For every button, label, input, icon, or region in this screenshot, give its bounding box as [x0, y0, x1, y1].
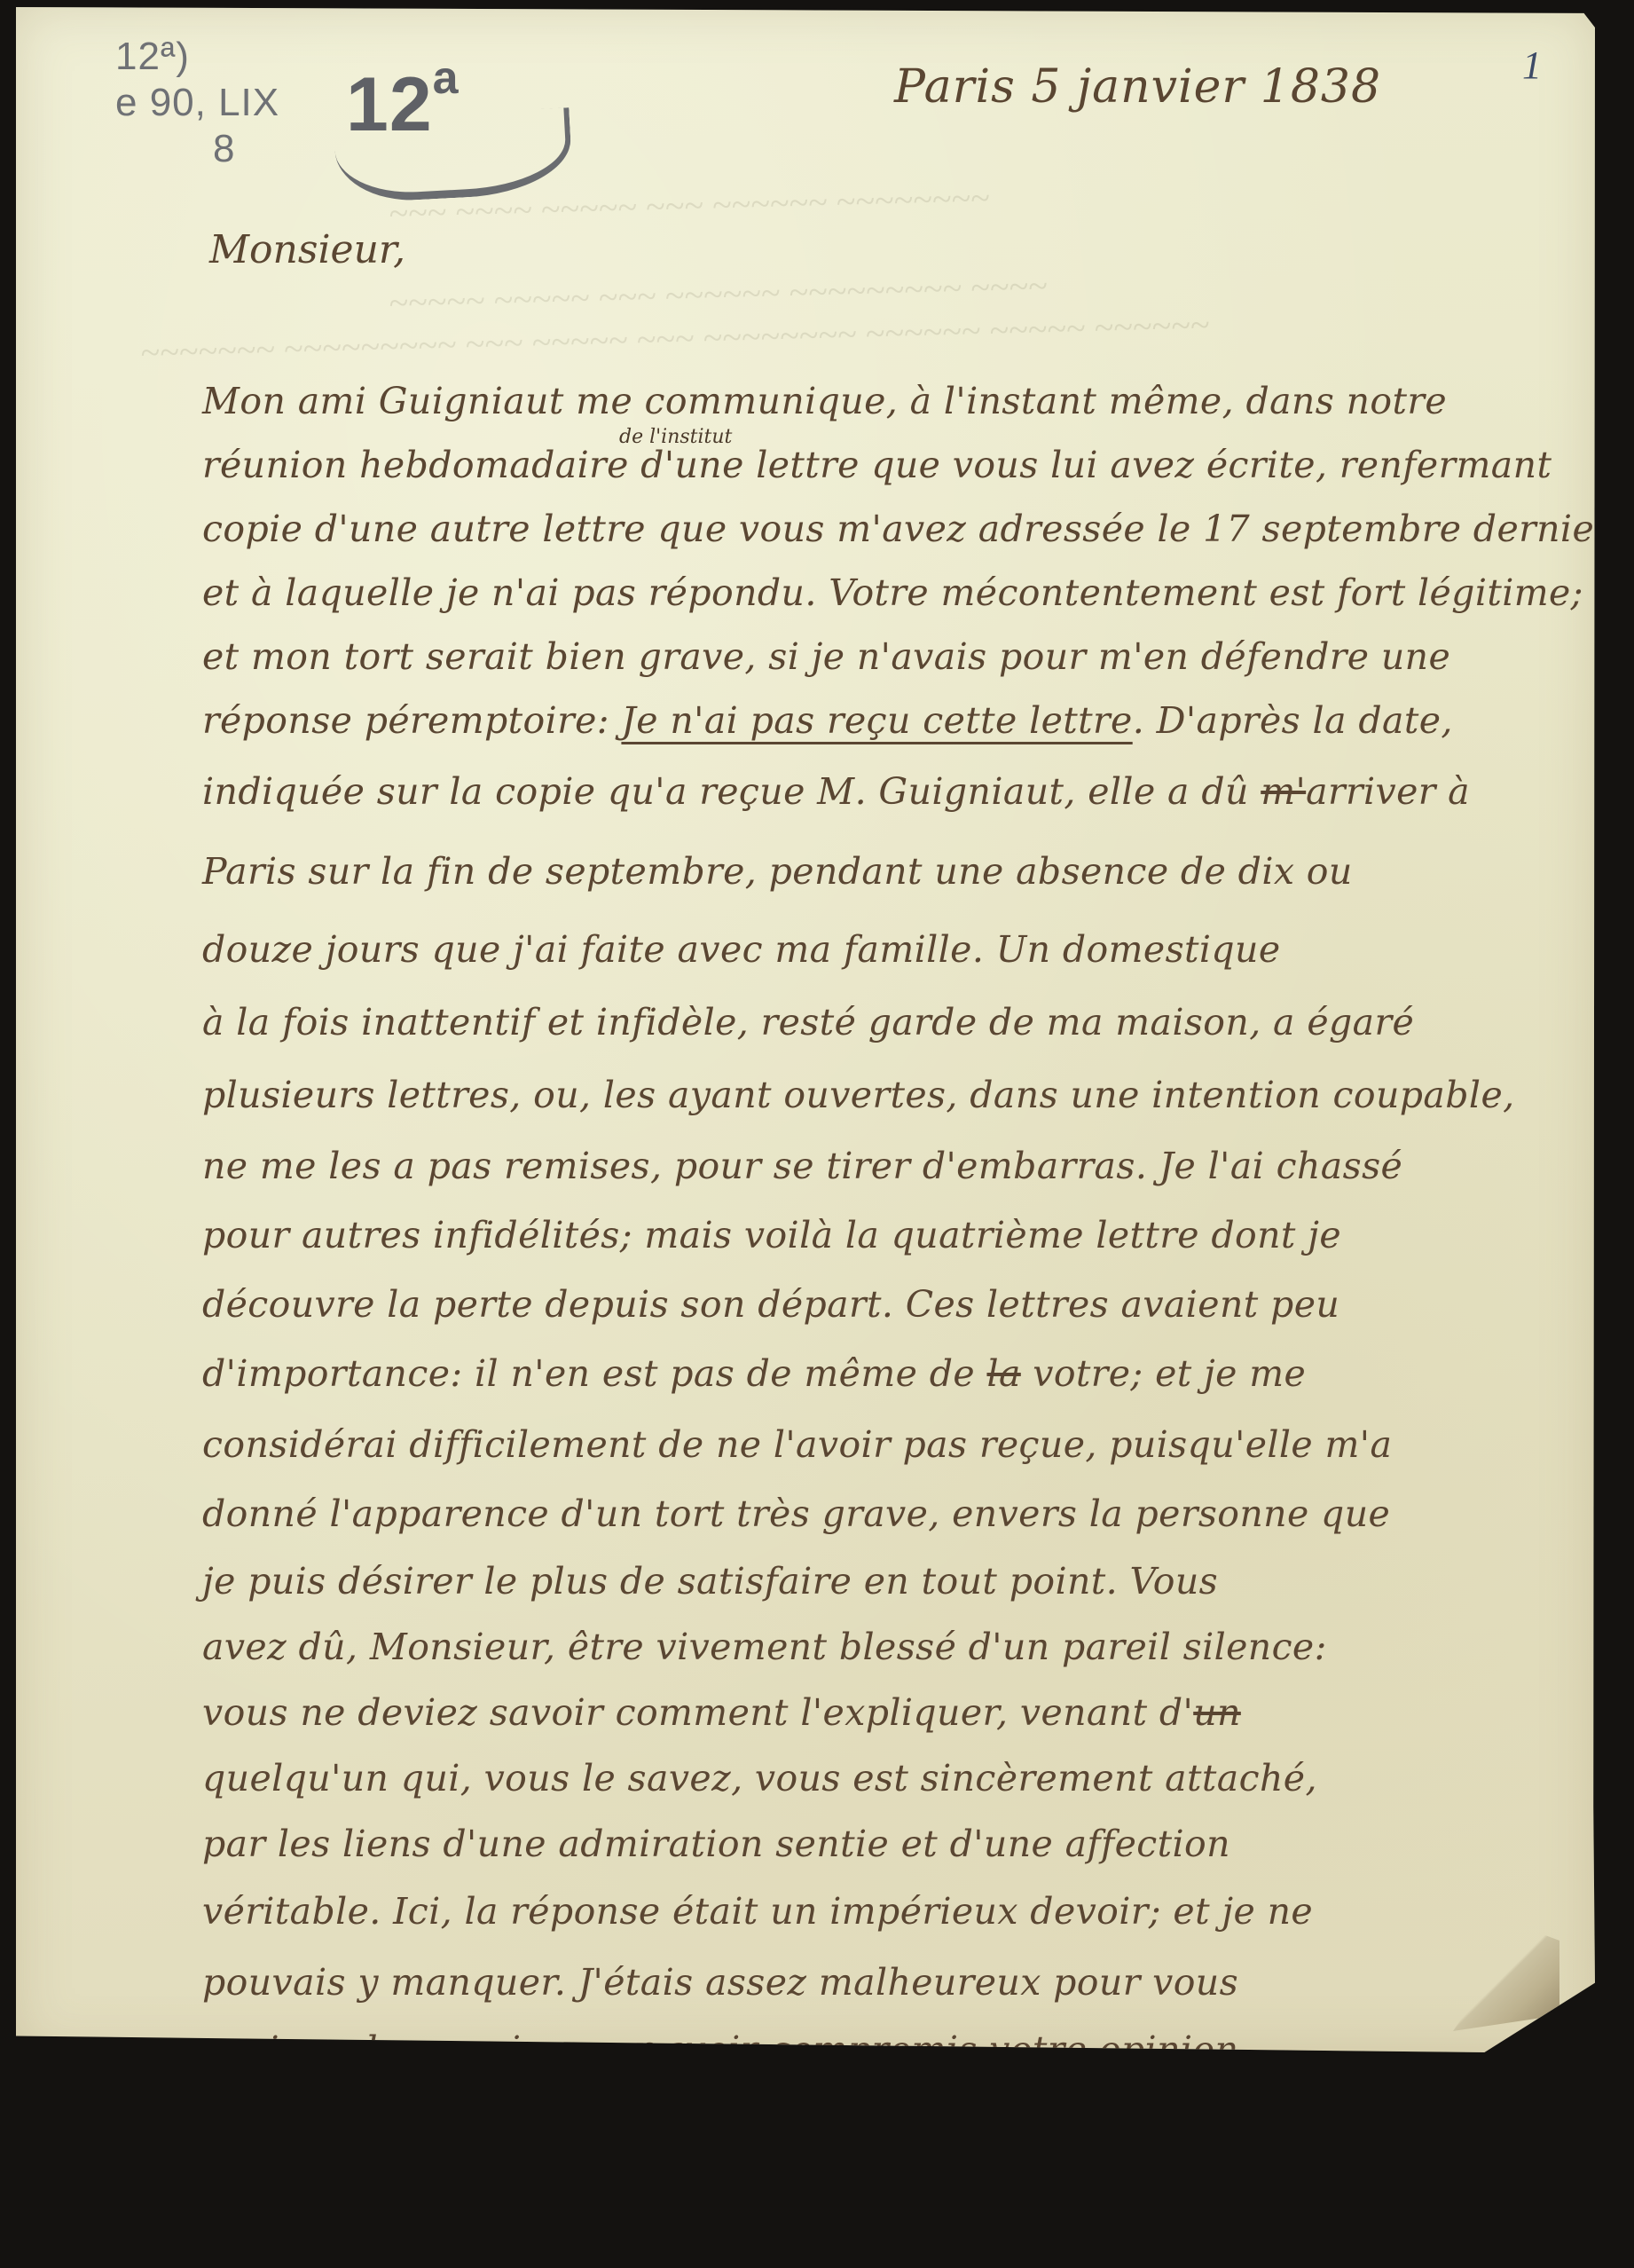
body-line: réunion hebdomadaire d'une lettre que vo… — [202, 444, 1552, 486]
body-line: pouvais y manquer. J'étais assez malheur… — [202, 1961, 1238, 2004]
body-line: avoir mal compris, pour avoir compromis … — [202, 2028, 1238, 2071]
body-line: par les liens d'une admiration sentie et… — [202, 1823, 1230, 1865]
body-line: donné l'apparence d'un tort très grave, … — [202, 1492, 1390, 1535]
pencil-circle-mark — [334, 107, 574, 204]
struck-word: la — [986, 1352, 1020, 1395]
body-line: Paris sur la fin de septembre, pendant u… — [202, 850, 1353, 893]
body-line: douze jours que j'ai faite avec ma famil… — [202, 928, 1281, 971]
body-line: copie d'une autre lettre que vous m'avez… — [202, 508, 1620, 550]
shelfmark-sub: 8 — [115, 126, 279, 172]
dateline: Paris 5 janvier 1838 — [894, 60, 1381, 114]
text-run: . D'après la date, — [1133, 699, 1453, 742]
letter-page: ~~~ ~~~~ ~~~~~ ~~~ ~~~~~~ ~~~~~~~~ ~~~~~… — [16, 7, 1595, 2052]
text-run: indiquée sur la copie qu'a reçue M. Guig… — [202, 770, 1249, 813]
archive-shelfmark: 12ª) e 90, LIX 8 — [115, 34, 279, 172]
body-line: d'importance: il n'en est pas de même de… — [202, 1352, 1306, 1395]
body-line: considérai difficilement de ne l'avoir p… — [202, 1423, 1392, 1466]
shelfmark-bottom: e 90, LIX — [115, 80, 279, 126]
body-line: découvre la perte depuis son départ. Ces… — [202, 1283, 1339, 1326]
body-line: quelqu'un qui, vous le savez, vous est s… — [202, 1757, 1317, 1799]
bleed-through-text: ~~~~~~~ ~~~~~~~~~ ~~~ ~~~~~ ~~~ ~~~~~~~~… — [140, 303, 1210, 374]
struck-word: un — [1193, 1691, 1241, 1734]
shelfmark-top: 12ª) — [115, 34, 279, 80]
text-run: vous ne deviez savoir comment l'explique… — [202, 1691, 1193, 1734]
folded-corner — [1453, 1925, 1559, 2031]
scan-background: ~~~ ~~~~ ~~~~~ ~~~ ~~~~~~ ~~~~~~~~ ~~~~~… — [0, 0, 1634, 2075]
folio-number: 1 — [1522, 43, 1542, 88]
body-line: réponse péremptoire: Je n'ai pas reçu ce… — [202, 699, 1453, 742]
body-line: véritable. Ici, la réponse était un impé… — [202, 1890, 1313, 1933]
item-number-suffix: a — [433, 52, 460, 104]
body-line: et à laquelle je n'ai pas répondu. Votre… — [202, 571, 1583, 614]
body-line: Mon ami Guigniaut me communique, à l'ins… — [202, 380, 1447, 422]
body-line: avez dû, Monsieur, être vivement blessé … — [202, 1626, 1327, 1668]
body-line: à la fois inattentif et infidèle, resté … — [202, 1001, 1414, 1043]
salutation: Monsieur, — [209, 227, 405, 272]
underlined-emphasis: Je n'ai pas reçu cette lettre — [621, 699, 1132, 742]
body-line: je puis désirer le plus de satisfaire en… — [202, 1560, 1218, 1603]
text-run: d'importance: il n'en est pas de même de — [202, 1352, 975, 1395]
body-line: pour autres infidélités; mais voilà la q… — [202, 1214, 1341, 1256]
text-run: votre; et je me — [1033, 1352, 1306, 1395]
struck-word: m' — [1261, 770, 1306, 813]
bleed-through-text: ~~~~~ ~~~~~ ~~~ ~~~~~~ ~~~~~~~~~ ~~~~ — [389, 264, 1048, 323]
text-run: réponse péremptoire: — [202, 699, 609, 742]
text-run: arriver à — [1306, 770, 1470, 813]
body-line: ne me les a pas remises, pour se tirer d… — [202, 1145, 1402, 1187]
body-line: et mon tort serait bien grave, si je n'a… — [202, 635, 1450, 678]
body-line: indiquée sur la copie qu'a reçue M. Guig… — [202, 770, 1470, 813]
body-line: plusieurs lettres, ou, les ayant ouverte… — [202, 1074, 1515, 1116]
body-line: vous ne deviez savoir comment l'explique… — [202, 1691, 1241, 1734]
